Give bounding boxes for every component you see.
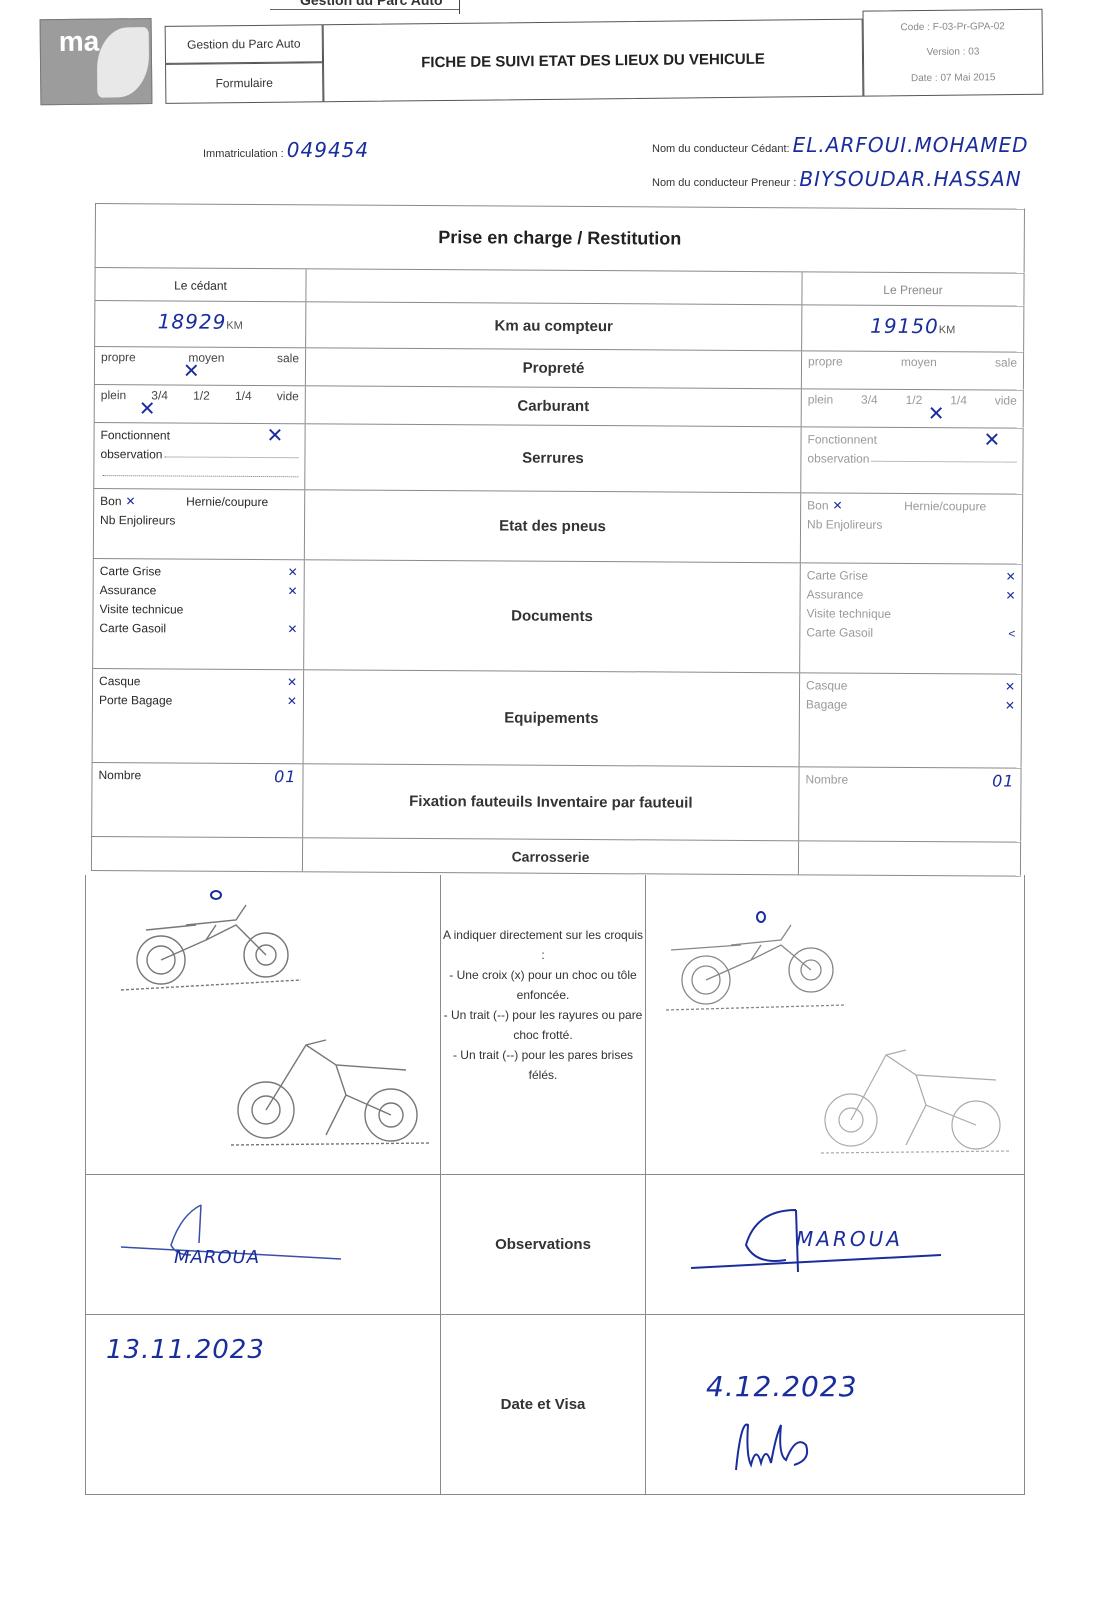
bon-label: Bon [100, 494, 121, 508]
date-visa-label: Date et Visa [441, 1315, 646, 1494]
observation-label: observation [807, 449, 869, 468]
immatriculation-label: Immatriculation : [203, 148, 284, 160]
cedant-documents: Carte Grise✕ Assurance✕ Visite technicue… [92, 559, 305, 669]
doc-item: Carte Gasoil< [806, 623, 1015, 643]
fonctionnent-label: Fonctionnent [101, 426, 171, 445]
instruction-line: - Une croix (x) pour un choc ou tôle enf… [441, 965, 645, 1005]
preneur-signature-name: MAROUA [796, 1227, 903, 1251]
equip-item: Casque✕ [99, 672, 297, 692]
option-plein: plein [808, 392, 833, 406]
table-row-observations: MAROUA Observations MAROUA [85, 1175, 1025, 1315]
cedant-name-label: Nom du conducteur Cédant: [652, 143, 790, 155]
hernie-label: Hernie/coupure [904, 497, 986, 517]
cedant-nombre-value: 01 [274, 767, 296, 786]
doc-item: Assurance✕ [100, 581, 298, 601]
serrures-label: Serrures [305, 424, 801, 492]
carburant-label: Carburant [306, 386, 802, 426]
motorcycle-angle-sketch [226, 1025, 436, 1150]
check-mark-icon: ✕ [287, 692, 297, 711]
motorcycle-side-sketch [116, 885, 306, 995]
check-mark-icon: ✕ [1006, 568, 1016, 587]
check-mark-icon: < [1008, 625, 1015, 644]
check-mark-icon: ✕ [832, 499, 842, 513]
doc-item: Assurance✕ [807, 585, 1016, 605]
check-mark-icon: ✕ [287, 620, 297, 639]
preneur-fauteuils: Nombre01 [799, 767, 1021, 841]
company-logo: ma [40, 18, 153, 105]
check-mark-icon: ✕ [288, 582, 298, 601]
check-mark-icon: ✕ [1005, 697, 1015, 716]
enjoliveurs-label: Nb Enjolireurs [807, 515, 882, 534]
option-1-2: 1/2 [906, 393, 923, 407]
doc-code: Code : F-03-Pr-GPA-02 [900, 21, 1004, 33]
doc-version: Version : 03 [926, 47, 979, 59]
table-row-documents: Carte Grise✕ Assurance✕ Visite technicue… [92, 559, 1023, 675]
table-row-carrosserie-header: Carrosserie [91, 837, 1021, 877]
doc-item: Visite technique [806, 604, 1015, 624]
cedant-km: 18929KM [94, 301, 306, 347]
document-title: FICHE DE SUIVI ETAT DES LIEUX DU VEHICUL… [323, 19, 864, 103]
table-row-pneus: Bon✕ Hernie/coupure Nb Enjolireurs Etat … [93, 489, 1023, 565]
cedant-observation-signature: MAROUA [86, 1175, 441, 1314]
preneur-observation-signature: MAROUA [646, 1175, 1025, 1314]
check-mark-icon: ✕ [287, 673, 297, 692]
option-propre: propre [808, 354, 843, 368]
option-vide: vide [277, 389, 299, 403]
cedant-proprete: propre moyen sale ✕ [94, 347, 306, 385]
preneur-date: 4.12.2023 [706, 1370, 858, 1403]
enjoliveurs-label: Nb Enjolireurs [100, 511, 175, 530]
doc-type-label: Formulaire [165, 62, 323, 104]
option-propre: propre [101, 350, 136, 364]
doc-date: Date : 07 Mai 2015 [911, 72, 996, 84]
logo-text: ma [59, 26, 100, 58]
preneur-equipements: Casque✕ Bagage✕ [800, 673, 1023, 767]
table-row-km: 18929KM Km au compteur 19150KM [94, 301, 1024, 353]
cedant-sketch-area [86, 875, 441, 1174]
table-row-carburant: plein 3/4 1/2 1/4 vide ✕ Carburant plein… [94, 385, 1024, 429]
doc-item: Carte Grise✕ [807, 566, 1016, 586]
observation-label: observation [100, 445, 162, 464]
equip-item: Casque✕ [806, 676, 1015, 696]
table-row-fauteuils: Nombre01 Fixation fauteuils Inventaire p… [91, 763, 1021, 843]
cedant-equipements: Casque✕ Porte Bagage✕ [92, 669, 305, 763]
carrosserie-label: Carrosserie [303, 838, 799, 874]
preneur-serrures: Fonctionnent observation ✕ [801, 427, 1023, 493]
option-1-2: 1/2 [193, 389, 210, 403]
table-row-equipements: Casque✕ Porte Bagage✕ Equipements Casque… [92, 669, 1023, 769]
option-3-4: 3/4 [861, 393, 878, 407]
cedant-fauteuils: Nombre01 [91, 763, 303, 837]
immatriculation-field: Immatriculation : 049454 [203, 138, 369, 162]
km-unit: KM [939, 324, 956, 336]
preneur-km-value: 19150 [870, 314, 939, 338]
hernie-label: Hernie/coupure [186, 493, 268, 513]
check-mark-icon: ✕ [139, 399, 156, 419]
preneur-name-field: Nom du conducteur Preneur : BIYSOUDAR.HA… [652, 167, 1022, 191]
equip-item: Porte Bagage✕ [99, 691, 297, 711]
nombre-label: Nombre [98, 766, 141, 785]
cedant-name-value: EL.ARFOUI.MOHAMED [793, 133, 1029, 157]
preneur-documents: Carte Grise✕ Assurance✕ Visite technique… [800, 563, 1023, 673]
check-mark-icon: ✕ [288, 563, 298, 582]
cedant-signature-name: MAROUA [174, 1247, 260, 1268]
nombre-label: Nombre [805, 770, 848, 789]
cedant-serrures: Fonctionnent observation ✕ [93, 423, 305, 489]
doc-item: Carte Grise✕ [100, 562, 298, 582]
fonctionnent-label: Fonctionnent [808, 430, 878, 449]
cedant-date-visa: 13.11.2023 [86, 1315, 441, 1494]
table-title: Prise en charge / Restitution [95, 203, 1025, 273]
fauteuils-label: Fixation fauteuils Inventaire par fauteu… [303, 764, 799, 840]
table-row-proprete: propre moyen sale ✕ Propreté propre moye… [94, 347, 1024, 391]
previous-page-divider [270, 9, 460, 10]
immatriculation-value: 049454 [287, 138, 369, 162]
cedant-date: 13.11.2023 [106, 1335, 265, 1365]
inspection-table: Prise en charge / Restitution Le cédant … [91, 203, 1025, 877]
check-mark-icon: ✕ [984, 430, 1001, 450]
check-mark-icon: ✕ [183, 362, 200, 382]
preneur-nombre-value: 01 [992, 771, 1014, 790]
preneur-proprete: propre moyen sale [802, 351, 1024, 389]
km-label: Km au compteur [306, 302, 802, 350]
document-header: ma Gestion du Parc Auto Formulaire FICHE… [40, 9, 1041, 109]
instruction-line: - Un trait (--) pour les pares brises fé… [441, 1045, 645, 1085]
preneur-sketch-area [646, 875, 1025, 1174]
observations-label: Observations [441, 1175, 646, 1314]
option-vide: vide [995, 394, 1017, 408]
check-mark-icon: ✕ [1005, 587, 1015, 606]
check-mark-icon: ✕ [267, 426, 284, 446]
equipements-label: Equipements [304, 670, 801, 766]
check-mark-icon: ✕ [125, 494, 135, 508]
bon-label: Bon [807, 498, 828, 512]
carrosserie-instructions: A indiquer directement sur les croquis :… [441, 875, 646, 1174]
previous-page-divider-vertical [459, 0, 460, 14]
option-sale: sale [995, 356, 1017, 370]
proprete-label: Propreté [306, 348, 802, 388]
preneur-date-visa: 4.12.2023 [646, 1315, 1025, 1494]
doc-item: Carte Gasoil✕ [99, 619, 297, 639]
km-unit: KM [226, 320, 243, 332]
doc-item: Visite technicue [99, 600, 297, 620]
motorcycle-side-sketch [661, 905, 851, 1015]
equip-item: Bagage✕ [806, 695, 1015, 715]
check-mark-icon: ✕ [1005, 678, 1015, 697]
option-1-4: 1/4 [235, 389, 252, 403]
instruction-line: - Un trait (--) pour les rayures ou pare… [441, 1005, 645, 1045]
preneur-carburant: plein 3/4 1/2 1/4 vide ✕ [802, 389, 1024, 427]
motorcycle-angle-sketch [816, 1035, 1016, 1155]
preneur-header: Le Preneur [802, 272, 1024, 305]
documents-label: Documents [304, 560, 801, 672]
preneur-visa-initials [726, 1415, 836, 1475]
document-meta: Code : F-03-Pr-GPA-02 Version : 03 Date … [863, 9, 1044, 97]
preneur-pneus: Bon✕ Hernie/coupure Nb Enjolireurs [801, 493, 1023, 563]
pneus-label: Etat des pneus [305, 490, 801, 562]
carrosserie-section: A indiquer directement sur les croquis :… [85, 875, 1025, 1495]
cedant-carburant: plein 3/4 1/2 1/4 vide ✕ [94, 385, 306, 423]
previous-page-header: Gestion du Parc Auto [300, 0, 443, 8]
instruction-line: A indiquer directement sur les croquis : [441, 925, 645, 965]
option-moyen: moyen [901, 355, 937, 369]
preneur-km: 19150KM [802, 305, 1024, 351]
option-1-4: 1/4 [950, 393, 967, 407]
table-row-date-visa: 13.11.2023 Date et Visa 4.12.2023 [85, 1315, 1025, 1495]
cedant-km-value: 18929 [158, 309, 227, 333]
preneur-name-value: BIYSOUDAR.HASSAN [799, 167, 1021, 191]
leaf-icon [97, 27, 150, 98]
cedant-name-field: Nom du conducteur Cédant: EL.ARFOUI.MOHA… [652, 133, 1029, 157]
option-sale: sale [277, 351, 299, 365]
cedant-pneus: Bon✕ Hernie/coupure Nb Enjolireurs [93, 489, 305, 559]
table-row-serrures: Fonctionnent observation ✕ Serrures Fonc… [93, 423, 1023, 495]
department-label: Gestion du Parc Auto [165, 24, 323, 64]
preneur-name-label: Nom du conducteur Preneur : [652, 177, 796, 189]
check-mark-icon: ✕ [928, 404, 945, 424]
option-plein: plein [101, 388, 126, 402]
middle-header [306, 269, 802, 304]
table-header-row: Le cédant Le Preneur [94, 267, 1024, 307]
cedant-header: Le cédant [94, 268, 306, 301]
